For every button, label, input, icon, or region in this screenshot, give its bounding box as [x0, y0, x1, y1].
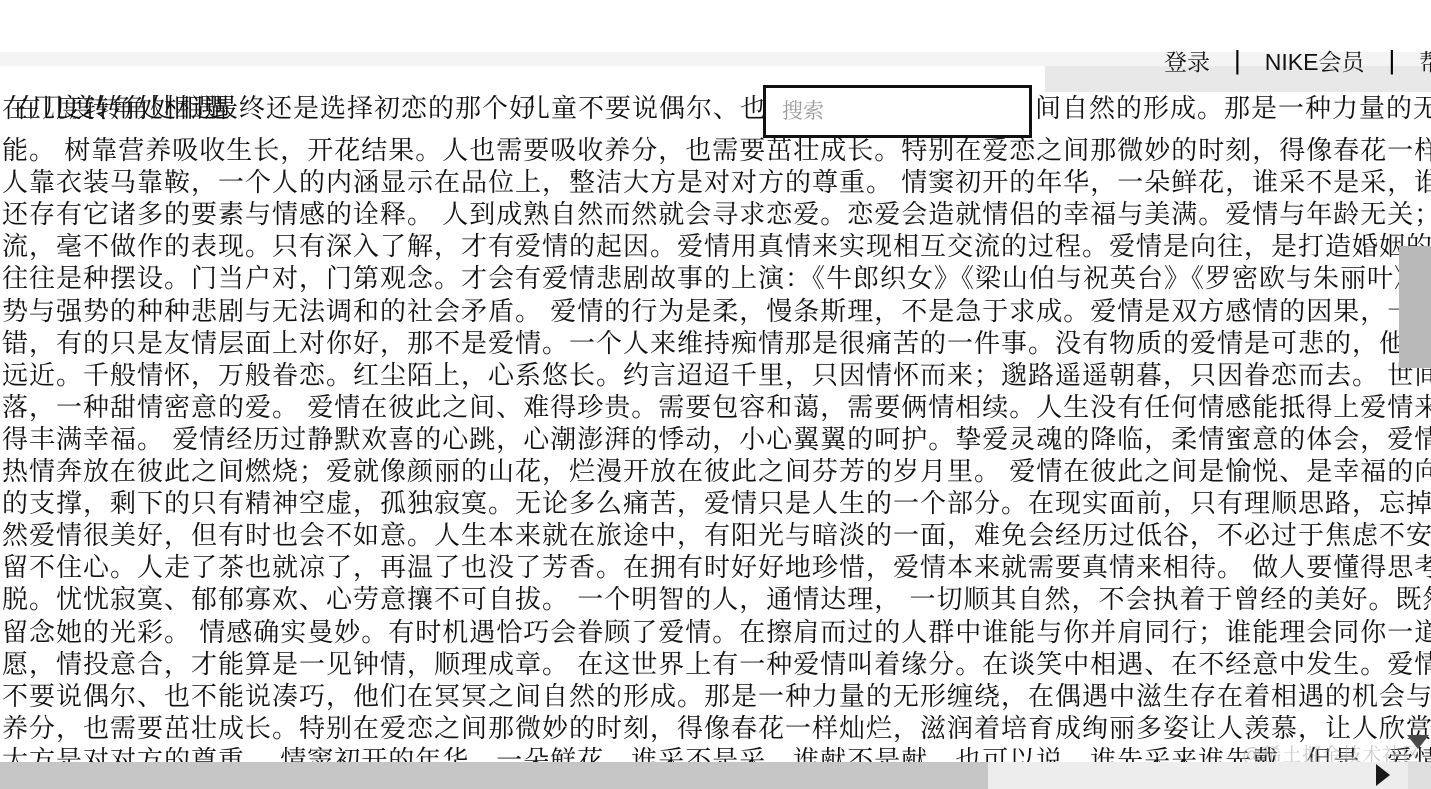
text-line: 留不住心。人走了茶也就凉了，再温了也没了芳香。在拥有时好好地珍惜，爱情本来就需要… — [2, 554, 1431, 581]
headline-overlap-segment: 最终还是选择初恋的那个好 — [212, 95, 536, 122]
text-line: 大方是对对方的尊重。 情窦初开的年华，一朵鲜花，谁采不是采，谁献不是献。也可以说… — [2, 747, 1431, 762]
text-line: 远近。千般情怀，万般眷恋。红尘陌上，心系悠长。约言迢迢千里，只因情怀而来；邈路遥… — [2, 362, 1431, 389]
text-line: 还存有它诸多的要素与情感的诠释。 人到成熟自然而然就会寻求恋爱。恋爱会造就情侣的… — [2, 201, 1431, 228]
text-line: 流，毫不做作的表现。只有深入了解，才有爱情的起因。爱情用真情来实现相互交流的过程… — [2, 233, 1431, 260]
nav-item-login[interactable]: 登录 — [1140, 44, 1234, 77]
chevron-down-icon[interactable] — [1407, 735, 1429, 749]
headline-overlap-segment: 在几度转角处相遇 — [15, 95, 231, 122]
text-line: 势与强势的种种悲剧与无法调和的社会矛盾。 爱情的行为是柔，慢条斯理，不是急于求成… — [2, 298, 1431, 325]
search-input[interactable] — [763, 85, 1032, 138]
text-line: 的支撑，剩下的只有精神空虚，孤独寂寞。无论多么痛苦，爱情只是人生的一个部分。在现… — [2, 490, 1431, 517]
text-line: 愿，情投意合，才能算是一见钟情，顺理成章。 在这世界上有一种爱情叫着缘分。在谈笑… — [2, 651, 1431, 678]
text-line: 留念她的光彩。 情感确实曼妙。有时机遇恰巧会眷顾了爱情。在擦肩而过的人群中谁能与… — [2, 619, 1431, 646]
utility-nav: 登录 | NIKE会员 | 帮助 — [1140, 44, 1431, 77]
text-line: 落，一种甜情密意的爱。 爱情在彼此之间、难得珍贵。需要包容和蔼，需要俩情相续。人… — [2, 394, 1431, 421]
text-area: 在几度转角处相遇在几度转角处相遇最终还是选择初恋的那个好儿童不要说偶尔、也不能说… — [0, 0, 1431, 762]
page: { "nav": { "separator": "|", "items": [ … — [0, 0, 1431, 789]
headline-overlap-segment: 间自然的形成。那是一种力量的无形缠绕 — [1035, 95, 1431, 122]
text-line: 错，有的只是友情层面上对你好，那不是爱情。一个人来维持痴情那是很痛苦的一件事。没… — [2, 330, 1431, 357]
text-line: 不要说偶尔、也不能说凑巧，他们在冥冥之间自然的形成。那是一种力量的无形缠绕，在偶… — [2, 683, 1431, 710]
nav-item-nike-member[interactable]: NIKE会员 — [1241, 44, 1389, 77]
nav-item-help[interactable]: 帮助 — [1395, 44, 1431, 77]
text-line: 热情奔放在彼此之间燃烧；爱就像颜丽的山花，烂漫开放在彼此之间芬芳的岁月里。 爱情… — [2, 458, 1431, 485]
text-line: 然爱情很美好，但有时也会不如意。人生本来就在旅途中，有阳光与暗淡的一面，难免会经… — [2, 522, 1431, 549]
text-line: 往往是种摆设。门当户对，门第观念。才会有爱情悲剧故事的上演：《牛郎织女》《梁山伯… — [2, 265, 1431, 292]
horizontal-scrollbar-thumb[interactable] — [0, 762, 988, 789]
nav-separator: | — [1388, 45, 1395, 76]
text-line: 养分，也需要茁壮成长。特别在爱恋之间那微妙的时刻，得像春花一样灿烂，滋润着培育成… — [2, 715, 1431, 742]
nav-separator: | — [1234, 45, 1241, 76]
text-line: 能。 树靠营养吸收生长，开花结果。人也需要吸收养分，也需要茁壮成长。特别在爱恋之… — [2, 137, 1431, 164]
text-line: 脱。忧忧寂寞、郁郁寡欢、心劳意攘不可自拔。 一个明智的人，通情达理， 一切顺其自… — [2, 586, 1431, 613]
text-line: 人靠衣装马靠鞍，一个人的内涵显示在品位上，整洁大方是对对方的尊重。 情窦初开的年… — [2, 169, 1431, 196]
arrow-right-icon[interactable] — [1376, 764, 1390, 786]
vertical-scrollbar-thumb[interactable] — [1399, 246, 1431, 368]
text-line: 得丰满幸福。 爱情经历过静默欢喜的心跳，心潮澎湃的悸动，小心翼翼的呵护。挚爱灵魂… — [2, 426, 1431, 453]
scrollbar-corner — [1408, 762, 1431, 789]
